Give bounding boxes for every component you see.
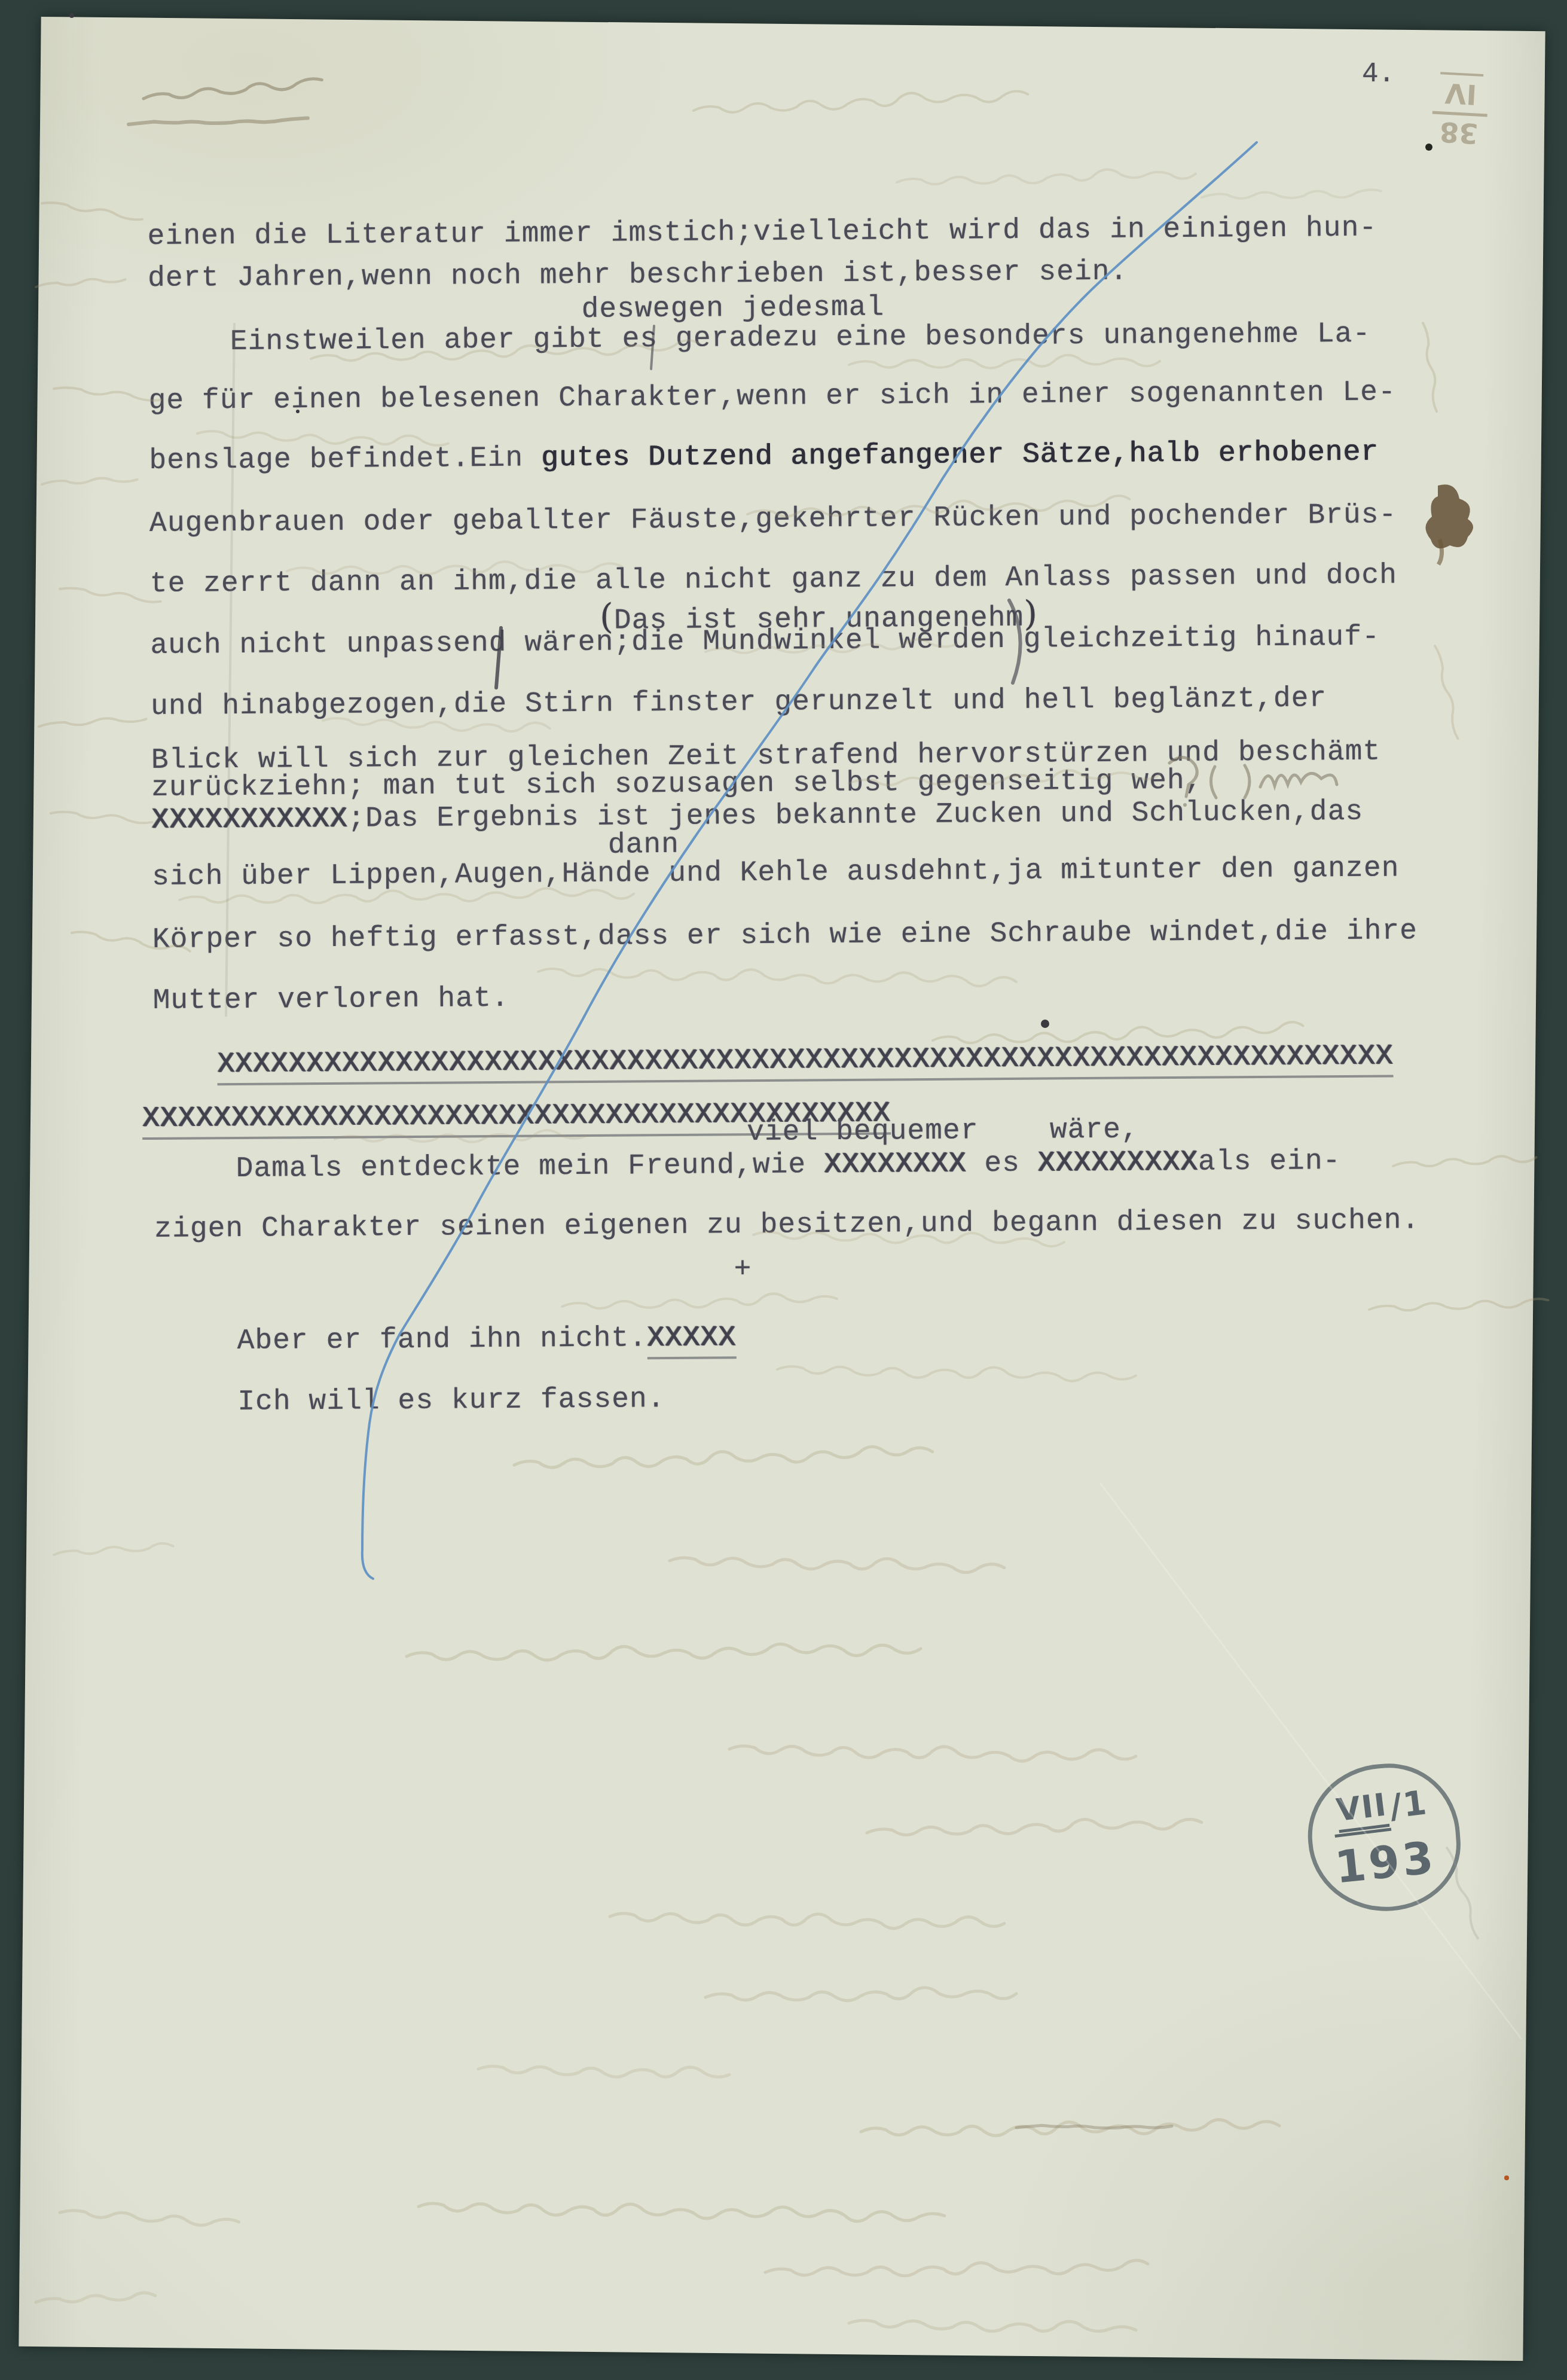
typewritten-line: XXXXXXXXXXX;Das Ergebnis ist jenes bekan… (151, 798, 1363, 835)
text-segment: als ein- (1198, 1145, 1341, 1179)
typewritten-line: zurückziehn; man tut sich sozusagen selb… (151, 767, 1203, 803)
text-segment: auch nicht unpassend wären;die Mundwinke… (150, 621, 1380, 662)
typewritten-line: deswegen jedesmal (581, 293, 884, 324)
text-segment: dert Jahren,wenn noch mehr beschrieben i… (148, 256, 1128, 295)
text-segment: sich über Lippen,Augen,Hände und Kehle a… (152, 852, 1400, 893)
overstruck-text: XXXXXXXXX (1038, 1146, 1199, 1180)
typewritten-line: ge für einen belesenen Charakter,wenn er… (148, 378, 1396, 416)
text-segment: Das Ergebnis ist jenes bekannte Zucken u… (365, 796, 1363, 835)
text-segment: ge für einen belesenen Charakter,wenn er… (148, 376, 1396, 417)
typewritten-line: dert Jahren,wenn noch mehr beschrieben i… (148, 258, 1128, 293)
typewritten-line: und hinabgezogen,die Stirn finster gerun… (151, 684, 1327, 721)
scanned-manuscript-screenshot: { "page": { "number": "4." }, "stamp": {… (0, 0, 1567, 2380)
typewritten-line: Augenbrauen oder geballter Fäuste,gekehr… (149, 501, 1397, 538)
typewritten-line: Einstweilen aber gibt es geradezu eine b… (230, 320, 1371, 356)
stamp-page-number: 193 (1333, 1832, 1439, 1893)
text-segment: benslage befindet.Ein (149, 442, 541, 477)
typewritten-line: einen die Literatur immer imstich;vielle… (148, 214, 1377, 251)
text-segment: Damals entdeckte mein Freund,wie (236, 1149, 824, 1185)
verso-number: 38 (1428, 115, 1490, 150)
overstruck-text: XXXXX (647, 1322, 736, 1359)
typewritten-line: Aber er fand ihn nicht.XXXXX (237, 1323, 736, 1356)
stamp-roman-numeral: VII (1334, 1787, 1389, 1833)
text-segment: gutes Dutzend angefangener Sätze,halb er… (541, 437, 1379, 475)
typewritten-line: viel bequemer wäre, (747, 1115, 1139, 1147)
typewritten-line: auch nicht unpassend wären;die Mundwinke… (150, 623, 1380, 660)
ink-dot (1425, 144, 1432, 151)
typewritten-line: sich über Lippen,Augen,Hände und Kehle a… (152, 854, 1400, 892)
verso-roman-numeral: IV (1430, 76, 1492, 111)
typewritten-line: dann (608, 831, 680, 860)
text-segment: Aber er fand ihn nicht. (237, 1322, 647, 1357)
typewritten-line: Damals entdeckte mein Freund,wie XXXXXXX… (236, 1147, 1340, 1183)
text-segment: Körper so heftig erfasst,dass er sich wi… (152, 915, 1418, 956)
typewritten-text-layer: einen die Literatur immer imstich;vielle… (0, 0, 1567, 2380)
text-segment: Einstweilen aber gibt es geradezu eine b… (230, 318, 1371, 358)
text-segment: deswegen jedesmal (581, 291, 884, 326)
text-segment: und hinabgezogen,die Stirn finster gerun… (151, 682, 1327, 723)
text-segment: Ich will es kurz fassen. (237, 1383, 665, 1418)
typewritten-line: te zerrt dann an ihm,die alle nicht ganz… (150, 561, 1398, 599)
page-number: 4. (1362, 59, 1395, 90)
typewritten-line: Mutter verloren hat. (152, 984, 509, 1015)
archive-stamp-signature: VII/1 (1334, 1782, 1429, 1833)
text-segment: Augenbrauen oder geballter Fäuste,gekehr… (149, 499, 1397, 540)
typewritten-line: XXXXXXXXXXXXXXXXXXXXXXXXXXXXXXXXXXXXXXXX… (217, 1042, 1393, 1079)
typewritten-line: benslage befindet.Ein gutes Dutzend ange… (149, 438, 1379, 475)
typewritten-line: Ich will es kurz fassen. (237, 1385, 665, 1417)
text-segment: zigen Charakter seinen eigenen zu besitz… (154, 1204, 1419, 1246)
typewritten-line: Körper so heftig erfasst,dass er sich wi… (152, 917, 1418, 954)
overstruck-text: XXXXXXXXXXX (151, 803, 347, 837)
text-segment: dann (608, 829, 680, 862)
typewritten-line: zigen Charakter seinen eigenen zu besitz… (154, 1206, 1419, 1244)
text-segment: ; (347, 803, 365, 835)
stamp-suffix: /1 (1387, 1783, 1429, 1826)
text-segment: viel bequemer wäre, (747, 1113, 1139, 1149)
text-segment: es (966, 1148, 1038, 1180)
overstruck-text: XXXXXXXXXXXXXXXXXXXXXXXXXXXXXXXXXXXXXXXX… (217, 1041, 1393, 1086)
overstruck-text: XXXXXXXX (824, 1148, 967, 1181)
text-segment: + (734, 1253, 752, 1286)
text-segment: Mutter verloren hat. (152, 982, 509, 1017)
verso-pencil-marks: 38 IV (1428, 71, 1492, 150)
text-segment: einen die Literatur immer imstich;vielle… (148, 212, 1377, 253)
text-segment: te zerrt dann an ihm,die alle nicht ganz… (150, 559, 1398, 600)
typewritten-line: + (734, 1255, 752, 1284)
